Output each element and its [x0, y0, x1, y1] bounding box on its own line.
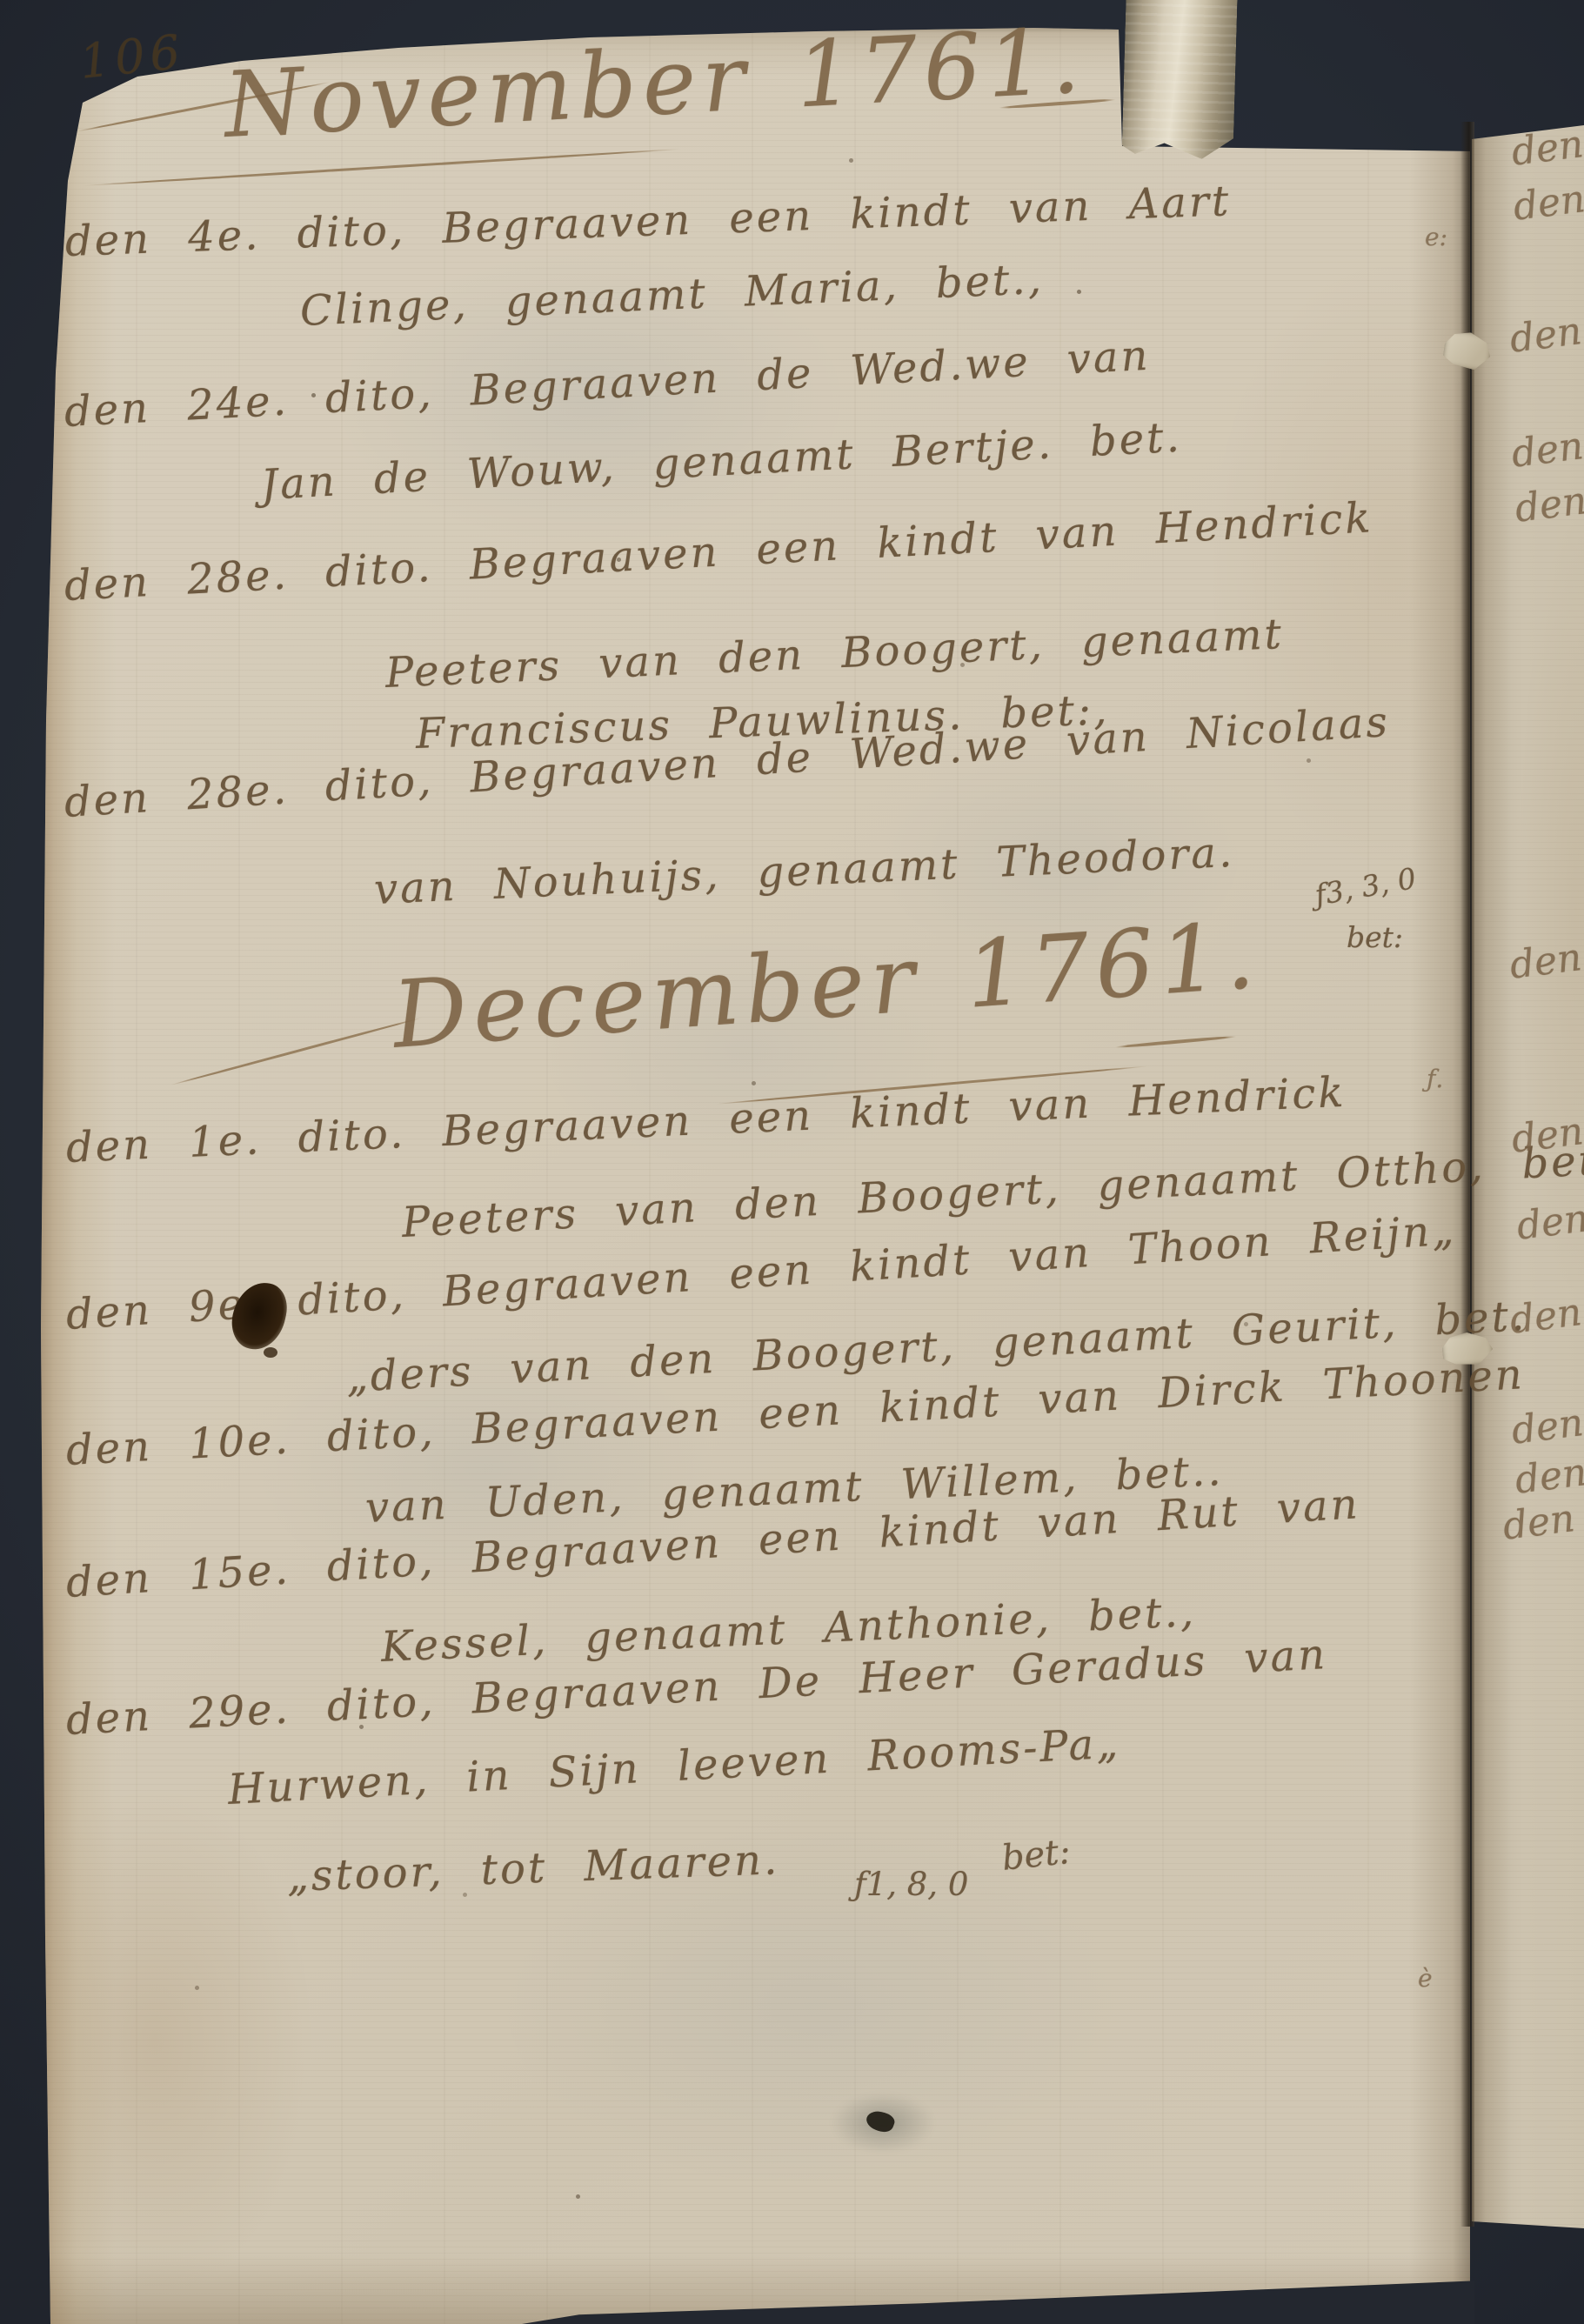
margin-mark: è [1418, 1964, 1433, 1993]
next-page-fragment: den [1507, 935, 1584, 988]
next-page-fragment: den [1509, 122, 1584, 175]
next-page-fragment: den [1509, 424, 1584, 477]
next-page-fragment: den [1513, 1450, 1584, 1503]
ink-specks [0, 0, 4, 4]
next-page-fragment: den [1509, 1400, 1584, 1453]
manuscript-scan: 106 November 1761. den 4e. dito, Begraav… [0, 0, 1584, 2324]
paid-note: bet: [1347, 920, 1403, 954]
margin-mark: ƒ. [1427, 1065, 1443, 1093]
ink-blot [264, 1347, 277, 1358]
margin-mark: e: [1425, 223, 1447, 251]
next-page-fragment: den [1511, 177, 1584, 230]
next-page-fragment: den [1514, 1196, 1584, 1249]
next-page-fragment: den [1507, 309, 1584, 362]
next-page-fragment: den [1507, 1290, 1584, 1343]
next-page-fragment: den [1513, 478, 1584, 531]
burial-fee-amount: ƒ1, 8, 0 [854, 1866, 968, 1903]
page-number: 106 [77, 24, 188, 90]
binding-strap [1121, 0, 1237, 162]
next-page-fragment: den [1509, 1109, 1584, 1162]
paid-note: bet: [1000, 1832, 1073, 1879]
